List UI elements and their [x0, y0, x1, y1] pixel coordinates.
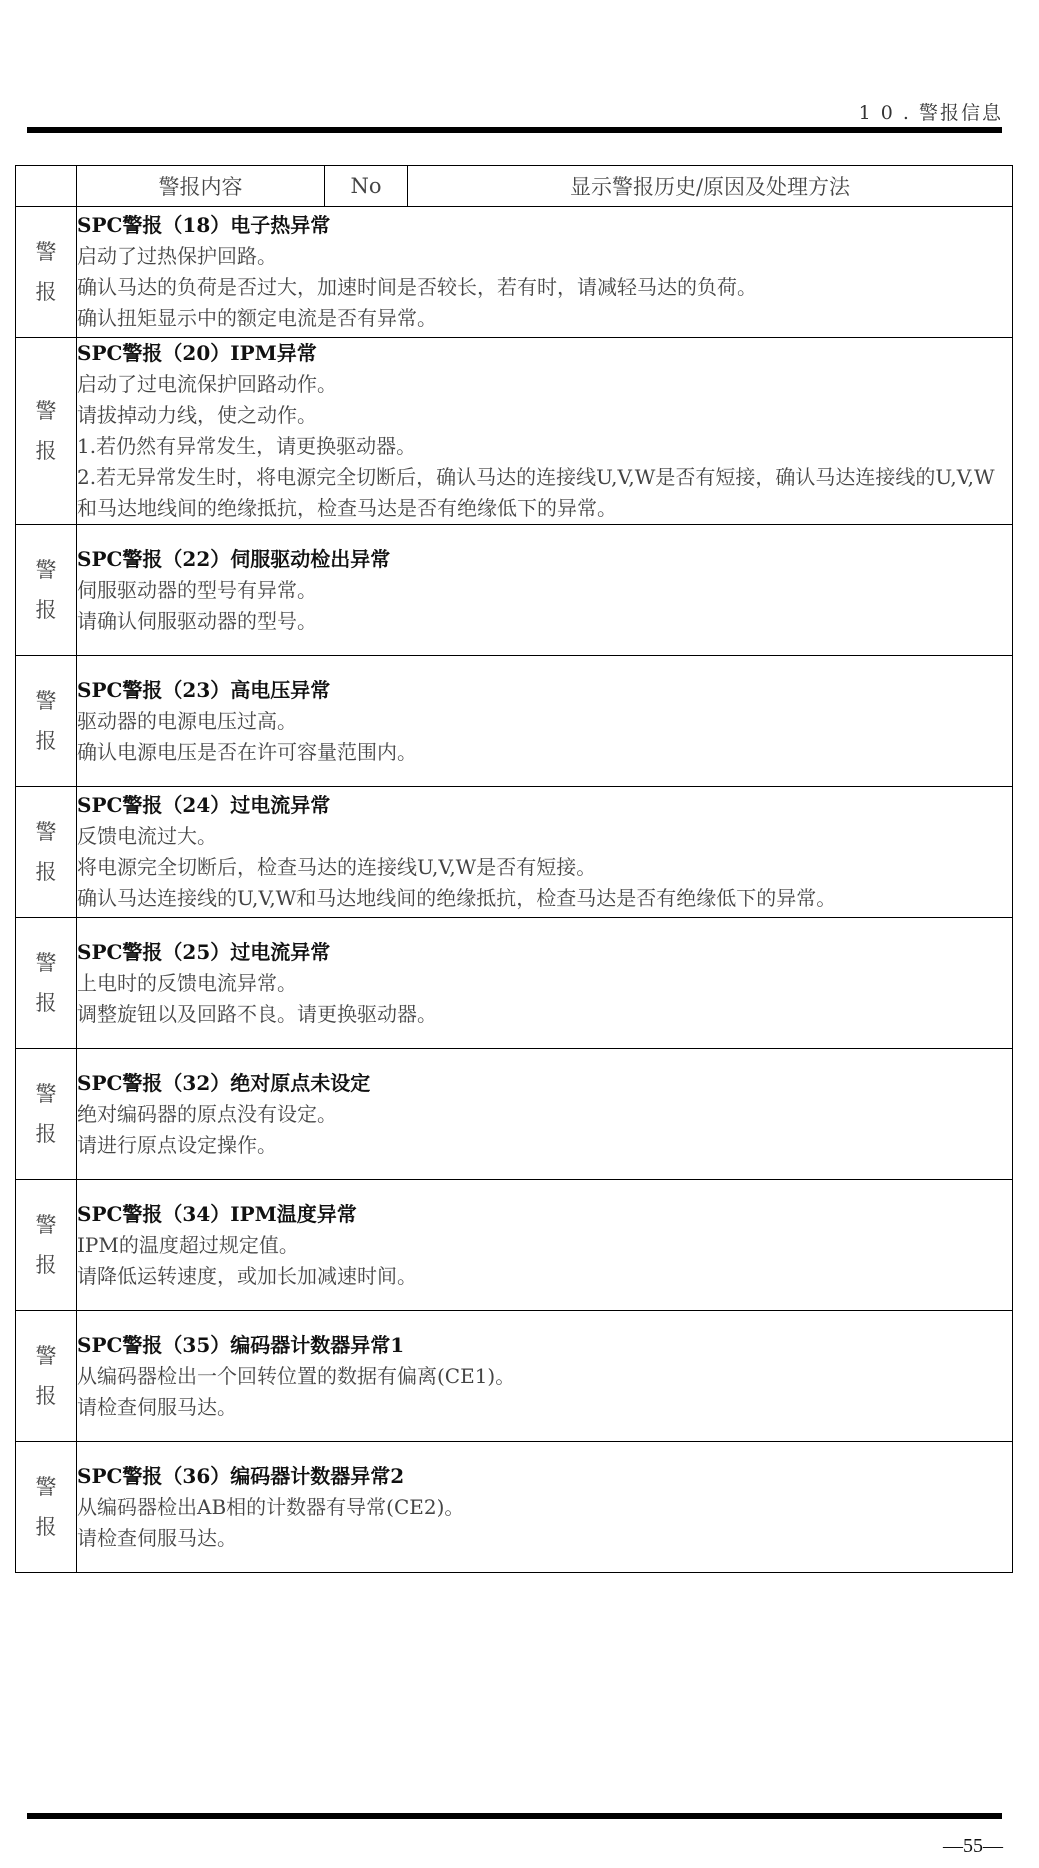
alarm-side-label: 警报 — [16, 1049, 77, 1180]
side-label-char: 警 — [16, 391, 76, 431]
column-header-alarm-content: 警报内容 — [77, 166, 325, 207]
alarm-title: SPC警报（25）过电流异常 — [77, 937, 1012, 968]
alarm-title: SPC警报（24）过电流异常 — [77, 790, 1012, 821]
side-label-char: 报 — [16, 1245, 76, 1285]
alarm-title: SPC警报（20）IPM异常 — [77, 338, 1012, 369]
alarm-description-line: 2.若无异常发生时，将电源完全切断后，确认马达的连接线U,V,W是否有短接，确认… — [77, 462, 1012, 524]
table-row: 警报SPC警报（22）伺服驱动检出异常伺服驱动器的型号有异常。请确认伺服驱动器的… — [16, 525, 1013, 656]
alarm-description-line: 请降低运转速度，或加长加减速时间。 — [77, 1261, 1012, 1292]
side-label-char: 警 — [16, 812, 76, 852]
alarm-description-line: 请进行原点设定操作。 — [77, 1130, 1012, 1161]
side-label-char: 报 — [16, 1376, 76, 1416]
alarm-content: SPC警报（34）IPM温度异常IPM的温度超过规定值。请降低运转速度，或加长加… — [77, 1180, 1013, 1311]
alarm-title: SPC警报（34）IPM温度异常 — [77, 1199, 1012, 1230]
table-row: 警报SPC警报（25）过电流异常上电时的反馈电流异常。调整旋钮以及回路不良。请更… — [16, 918, 1013, 1049]
alarm-content: SPC警报（32）绝对原点未设定绝对编码器的原点没有设定。请进行原点设定操作。 — [77, 1049, 1013, 1180]
alarm-title: SPC警报（22）伺服驱动检出异常 — [77, 544, 1012, 575]
table-row: 警报SPC警报（20）IPM异常启动了过电流保护回路动作。请拔掉动力线，使之动作… — [16, 338, 1013, 525]
alarm-content: SPC警报（25）过电流异常上电时的反馈电流异常。调整旋钮以及回路不良。请更换驱… — [77, 918, 1013, 1049]
column-header-no: No — [325, 166, 408, 207]
alarm-side-label: 警报 — [16, 918, 77, 1049]
alarm-description-line: IPM的温度超过规定值。 — [77, 1230, 1012, 1261]
section-title: 1 0 . 警报信息 — [859, 98, 1003, 125]
alarm-content: SPC警报（35）编码器计数器异常1从编码器检出一个回转位置的数据有偏离(CE1… — [77, 1311, 1013, 1442]
side-label-char: 报 — [16, 852, 76, 892]
side-label-char: 警 — [16, 1336, 76, 1376]
alarm-description-line: 确认马达的负荷是否过大，加速时间是否较长，若有时，请减轻马达的负荷。 — [77, 272, 1012, 303]
alarm-title: SPC警报（23）高电压异常 — [77, 675, 1012, 706]
alarm-content: SPC警报（23）高电压异常驱动器的电源电压过高。确认电源电压是否在许可容量范围… — [77, 656, 1013, 787]
alarm-description-line: 将电源完全切断后，检查马达的连接线U,V,W是否有短接。 — [77, 852, 1012, 883]
alarm-description-line: 请检查伺服马达。 — [77, 1523, 1012, 1554]
alarm-content: SPC警报（24）过电流异常反馈电流过大。将电源完全切断后，检查马达的连接线U,… — [77, 787, 1013, 918]
alarm-content: SPC警报（36）编码器计数器异常2从编码器检出AB相的计数器有导常(CE2)。… — [77, 1442, 1013, 1573]
side-label-char: 报 — [16, 1114, 76, 1154]
side-label-char: 报 — [16, 721, 76, 761]
alarm-side-label: 警报 — [16, 207, 77, 338]
side-label-char: 警 — [16, 1205, 76, 1245]
page-number: —55— — [943, 1835, 1003, 1858]
alarm-side-label: 警报 — [16, 338, 77, 525]
side-label-char: 报 — [16, 1507, 76, 1547]
alarm-title: SPC警报（32）绝对原点未设定 — [77, 1068, 1012, 1099]
table-row: 警报SPC警报（32）绝对原点未设定绝对编码器的原点没有设定。请进行原点设定操作… — [16, 1049, 1013, 1180]
alarm-description-line: 确认马达连接线的U,V,W和马达地线间的绝缘抵抗，检查马达是否有绝缘低下的异常。 — [77, 883, 1012, 914]
alarm-side-label: 警报 — [16, 787, 77, 918]
table-header-row: 警报内容 No 显示警报历史/原因及处理方法 — [16, 166, 1013, 207]
side-label-char: 报 — [16, 431, 76, 471]
alarm-description-line: 确认扭矩显示中的额定电流是否有异常。 — [77, 303, 1012, 334]
alarm-side-label: 警报 — [16, 1311, 77, 1442]
alarm-content: SPC警报（22）伺服驱动检出异常伺服驱动器的型号有异常。请确认伺服驱动器的型号… — [77, 525, 1013, 656]
side-label-char: 警 — [16, 550, 76, 590]
side-label-char: 警 — [16, 1467, 76, 1507]
side-label-char: 报 — [16, 983, 76, 1023]
table-row: 警报SPC警报（23）高电压异常驱动器的电源电压过高。确认电源电压是否在许可容量… — [16, 656, 1013, 787]
alarm-description-line: 反馈电流过大。 — [77, 821, 1012, 852]
alarm-side-label: 警报 — [16, 1442, 77, 1573]
alarm-description-line: 请确认伺服驱动器的型号。 — [77, 606, 1012, 637]
alarm-description-line: 启动了过电流保护回路动作。 — [77, 369, 1012, 400]
alarm-side-label: 警报 — [16, 525, 77, 656]
side-label-char: 警 — [16, 681, 76, 721]
column-header-history-cause-method: 显示警报历史/原因及处理方法 — [408, 166, 1013, 207]
alarm-side-label: 警报 — [16, 656, 77, 787]
side-label-char: 警 — [16, 232, 76, 272]
header-rule — [27, 127, 1002, 133]
alarm-description-line: 调整旋钮以及回路不良。请更换驱动器。 — [77, 999, 1012, 1030]
alarm-description-line: 请拔掉动力线，使之动作。 — [77, 400, 1012, 431]
alarm-title: SPC警报（18）电子热异常 — [77, 210, 1012, 241]
alarm-title: SPC警报（35）编码器计数器异常1 — [77, 1330, 1012, 1361]
side-label-char: 警 — [16, 1074, 76, 1114]
table-row: 警报SPC警报（18）电子热异常启动了过热保护回路。确认马达的负荷是否过大，加速… — [16, 207, 1013, 338]
alarm-description-line: 1.若仍然有异常发生，请更换驱动器。 — [77, 431, 1012, 462]
alarm-side-label: 警报 — [16, 1180, 77, 1311]
table-row: 警报SPC警报（36）编码器计数器异常2从编码器检出AB相的计数器有导常(CE2… — [16, 1442, 1013, 1573]
alarm-content: SPC警报（20）IPM异常启动了过电流保护回路动作。请拔掉动力线，使之动作。1… — [77, 338, 1013, 525]
alarm-description-line: 确认电源电压是否在许可容量范围内。 — [77, 737, 1012, 768]
alarm-description-line: 从编码器检出AB相的计数器有导常(CE2)。 — [77, 1492, 1012, 1523]
alarm-description-line: 伺服驱动器的型号有异常。 — [77, 575, 1012, 606]
alarm-title: SPC警报（36）编码器计数器异常2 — [77, 1461, 1012, 1492]
alarm-description-line: 请检查伺服马达。 — [77, 1392, 1012, 1423]
table-row: 警报SPC警报（34）IPM温度异常IPM的温度超过规定值。请降低运转速度，或加… — [16, 1180, 1013, 1311]
footer-rule — [27, 1813, 1002, 1819]
column-header-side — [16, 166, 77, 207]
table-row: 警报SPC警报（24）过电流异常反馈电流过大。将电源完全切断后，检查马达的连接线… — [16, 787, 1013, 918]
alarm-table: 警报内容 No 显示警报历史/原因及处理方法 警报SPC警报（18）电子热异常启… — [15, 165, 1013, 1573]
alarm-description-line: 绝对编码器的原点没有设定。 — [77, 1099, 1012, 1130]
side-label-char: 警 — [16, 943, 76, 983]
alarm-description-line: 从编码器检出一个回转位置的数据有偏离(CE1)。 — [77, 1361, 1012, 1392]
side-label-char: 报 — [16, 272, 76, 312]
alarm-description-line: 启动了过热保护回路。 — [77, 241, 1012, 272]
side-label-char: 报 — [16, 590, 76, 630]
alarm-description-line: 驱动器的电源电压过高。 — [77, 706, 1012, 737]
alarm-content: SPC警报（18）电子热异常启动了过热保护回路。确认马达的负荷是否过大，加速时间… — [77, 207, 1013, 338]
alarm-description-line: 上电时的反馈电流异常。 — [77, 968, 1012, 999]
table-row: 警报SPC警报（35）编码器计数器异常1从编码器检出一个回转位置的数据有偏离(C… — [16, 1311, 1013, 1442]
